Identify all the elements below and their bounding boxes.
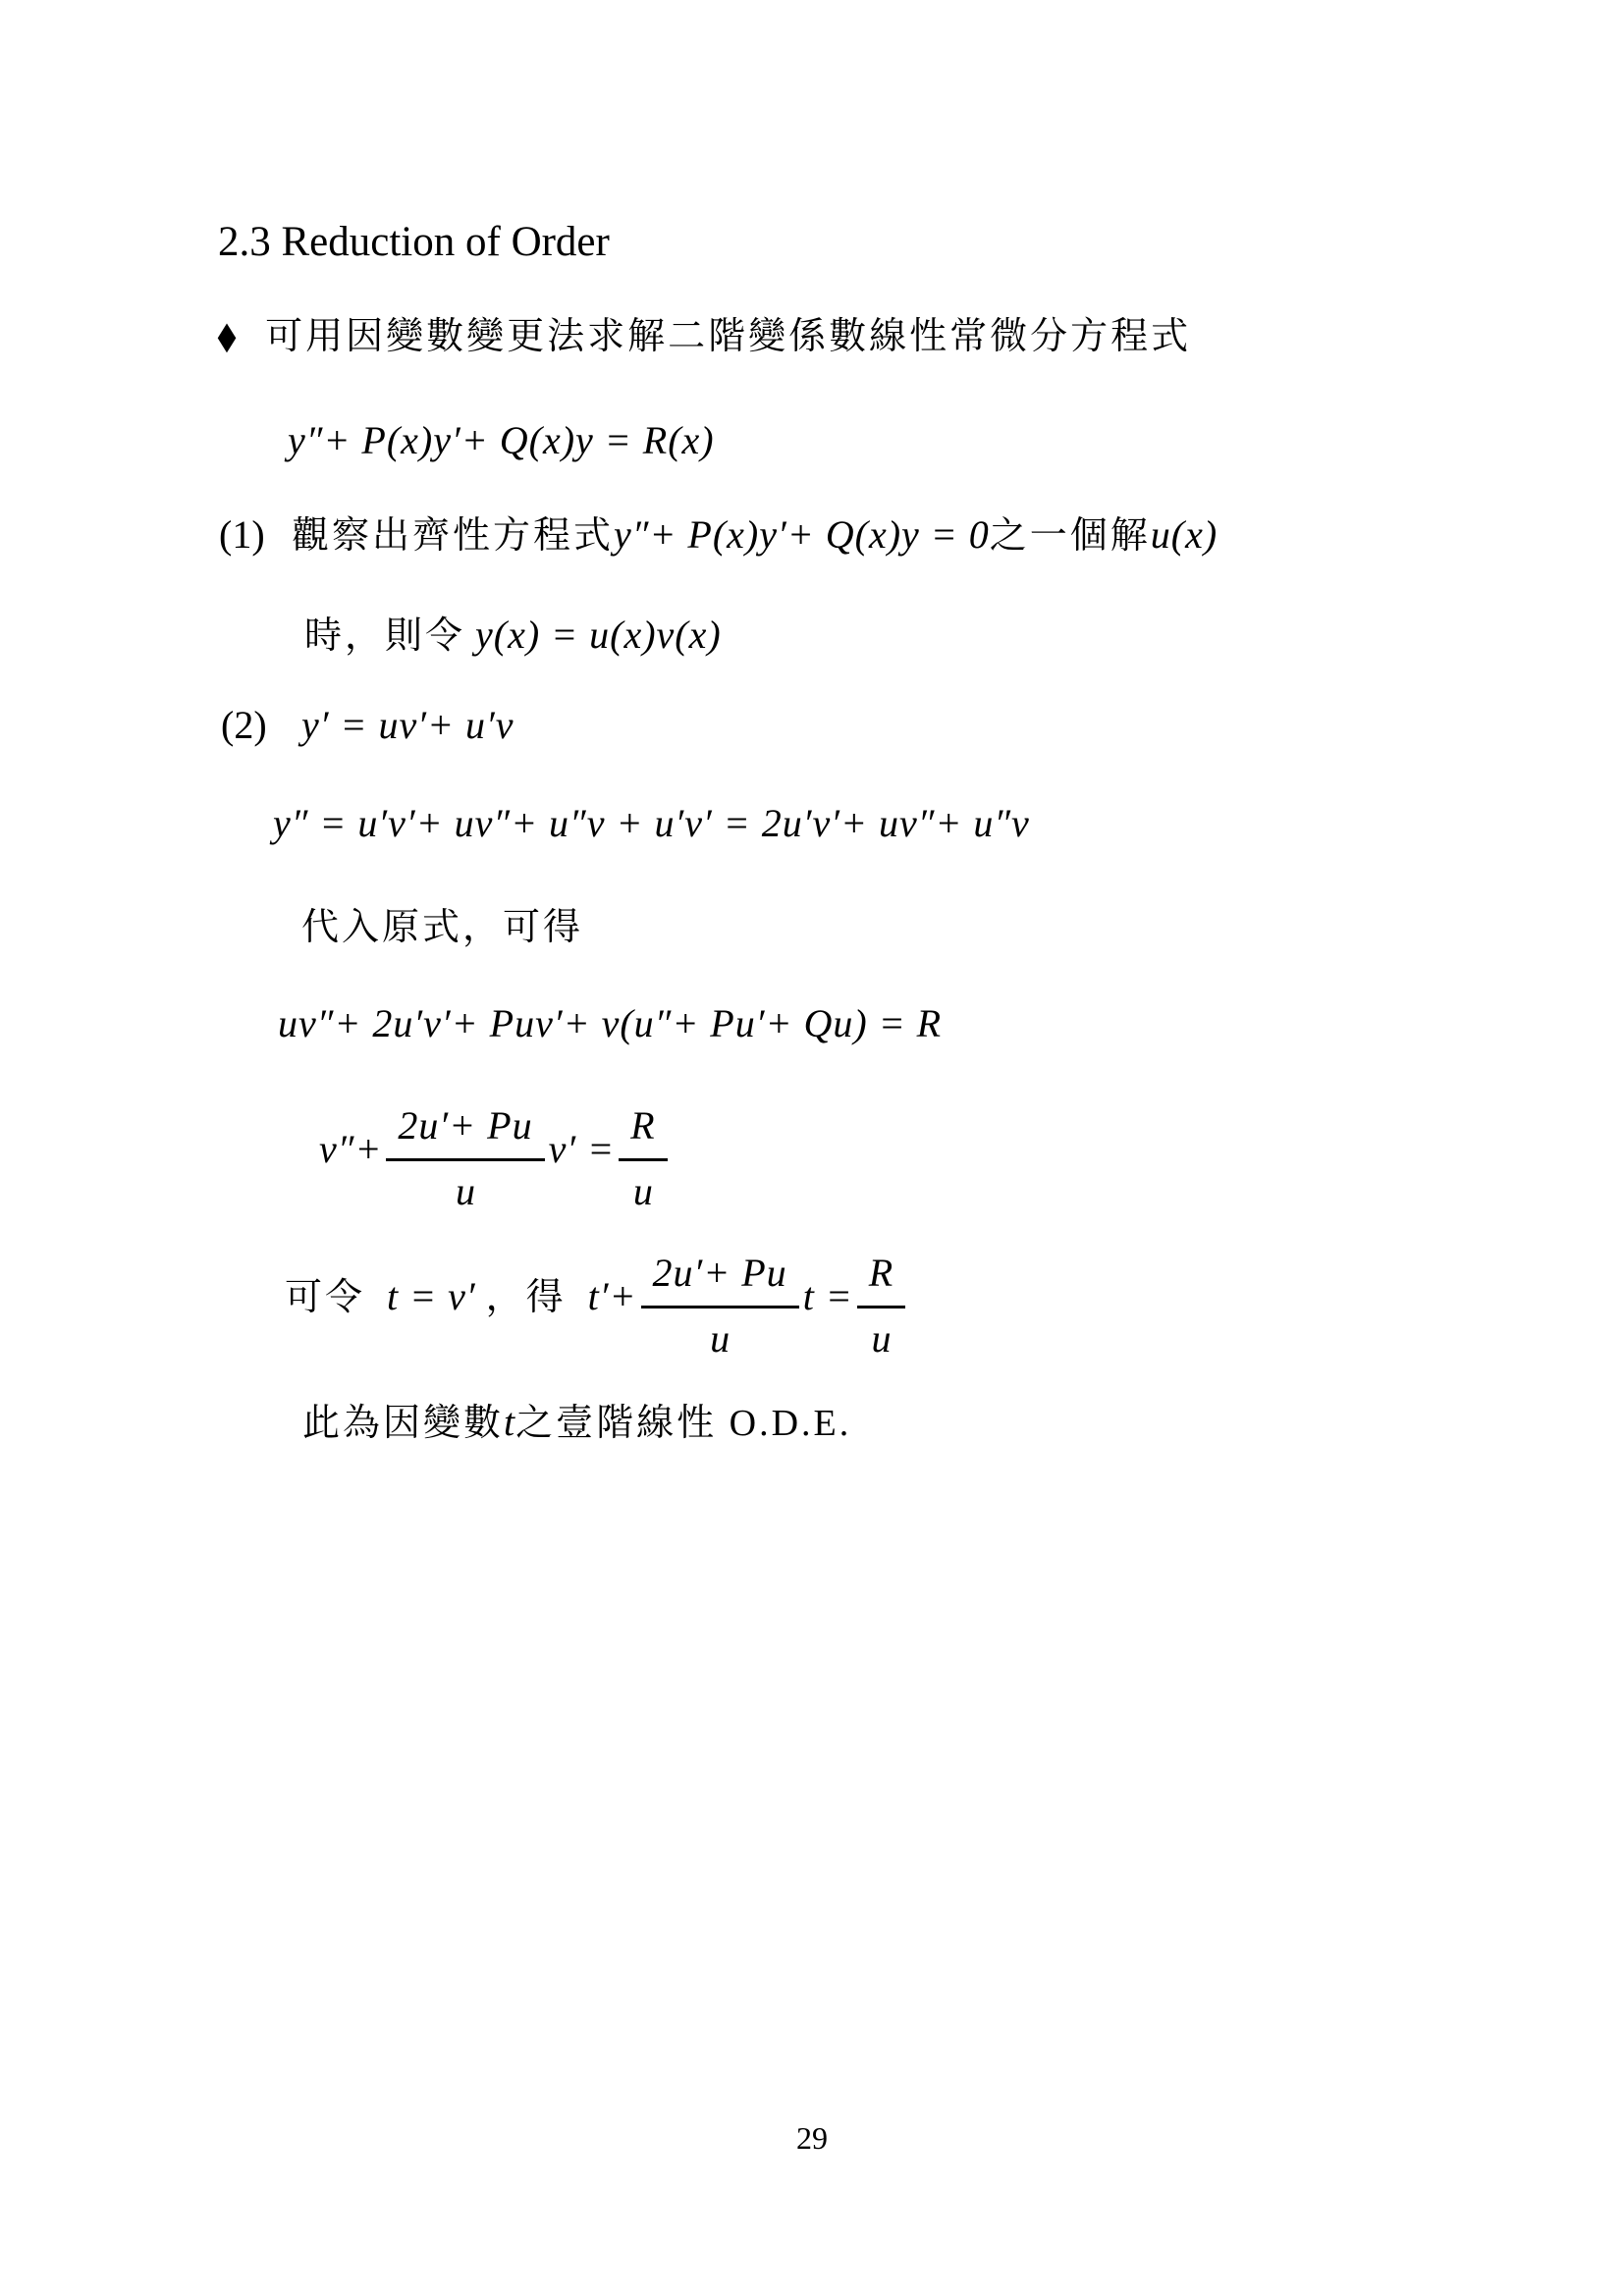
t-definition: t = v′ — [387, 1274, 476, 1318]
equation-first-derivative: y′ = uv′+ u′v — [301, 703, 514, 747]
list-item-1-line-1: (1)觀察出齊性方程式y″+ P(x)y′+ Q(x)y = 0之一個解u(x) — [219, 510, 1218, 561]
equation-v-line: v″+2u′+ Puuv′ =Ru — [319, 1101, 672, 1216]
v-equation-fraction-1: 2u′+ Puu — [386, 1101, 544, 1216]
v-equation-lead: v″+ — [319, 1127, 382, 1171]
document-page: 2.3 Reduction of Order ◆可用因變數變更法求解二階變係數線… — [0, 0, 1624, 2296]
item-2-label: (2) — [221, 701, 301, 750]
t-line-mid: ，得 — [486, 1277, 567, 1318]
equation-substituted: uv″+ 2u′v′+ Puv′+ v(u″+ Pu′+ Qu) = R — [278, 1001, 942, 1045]
bullet-line: ◆可用因變數變更法求解二階變係數線性常微分方程式 — [214, 314, 1191, 361]
t-equation-fraction-1: 2u′+ Puu — [641, 1249, 799, 1363]
list-item-1-line-2: 時，則令y(x) = u(x)v(x) — [304, 611, 722, 661]
equation-substituted-line: uv″+ 2u′v′+ Puv′+ v(u″+ Pu′+ Qu) = R — [278, 999, 942, 1048]
fraction-numerator: R — [619, 1101, 667, 1161]
substitute-note-line: 代入原式，可得 — [301, 905, 583, 952]
equation-substitution: y(x) = u(x)v(x) — [475, 613, 722, 657]
fraction-numerator: 2u′+ Pu — [641, 1249, 799, 1308]
v-equation-fraction-2: Ru — [619, 1101, 667, 1216]
item-1-label: (1) — [219, 510, 292, 560]
fraction-numerator: 2u′+ Pu — [386, 1101, 544, 1161]
closing-note-line: 此為因變數t之壹階線性 O.D.E. — [302, 1398, 851, 1448]
closing-variable: t — [504, 1400, 515, 1444]
equation-second-derivative-line: y″ = u′v′+ uv″+ u″v + u′v′ = 2u′v′+ uv″+… — [273, 799, 1030, 848]
t-equation-mid: t = — [803, 1274, 853, 1318]
fraction-numerator: R — [857, 1249, 905, 1308]
closing-pre-text: 此為因變數 — [302, 1403, 504, 1444]
item-1-line2-text: 時，則令 — [304, 615, 465, 657]
page-number: 29 — [0, 2118, 1624, 2158]
equation-homogeneous: y″+ P(x)y′+ Q(x)y = 0 — [614, 512, 990, 557]
v-equation-mid: v′ = — [549, 1127, 616, 1171]
item-1-text-before: 觀察出齊性方程式 — [292, 515, 614, 557]
fraction-denominator: u — [456, 1161, 475, 1216]
t-line-prefix: 可令 — [285, 1277, 365, 1318]
fraction-denominator: u — [872, 1308, 892, 1363]
equation-main-text: y″+ P(x)y′+ Q(x)y = R(x) — [288, 418, 715, 462]
substitute-note-text: 代入原式，可得 — [301, 907, 583, 948]
equation-t-line: 可令t = v′，得t′+2u′+ Puut =Ru — [285, 1249, 909, 1363]
section-title: 2.3 Reduction of Order — [218, 216, 610, 269]
bullet-text: 可用因變數變更法求解二階變係數線性常微分方程式 — [265, 316, 1191, 357]
diamond-bullet-icon: ◆ — [218, 313, 237, 361]
fraction-denominator: u — [710, 1308, 730, 1363]
equation-second-derivative: y″ = u′v′+ uv″+ u″v + u′v′ = 2u′v′+ uv″+… — [273, 801, 1030, 845]
t-equation-lead: t′+ — [588, 1274, 637, 1318]
item-1-text-after: 之一個解 — [990, 515, 1151, 557]
u-solution: u(x) — [1151, 512, 1218, 557]
list-item-2-line-1: (2)y′ = uv′+ u′v — [221, 701, 514, 750]
fraction-denominator: u — [633, 1161, 653, 1216]
closing-post-text: 之壹階線性 O.D.E. — [515, 1403, 851, 1444]
t-equation-fraction-2: Ru — [857, 1249, 905, 1363]
equation-main: y″+ P(x)y′+ Q(x)y = R(x) — [288, 416, 715, 465]
